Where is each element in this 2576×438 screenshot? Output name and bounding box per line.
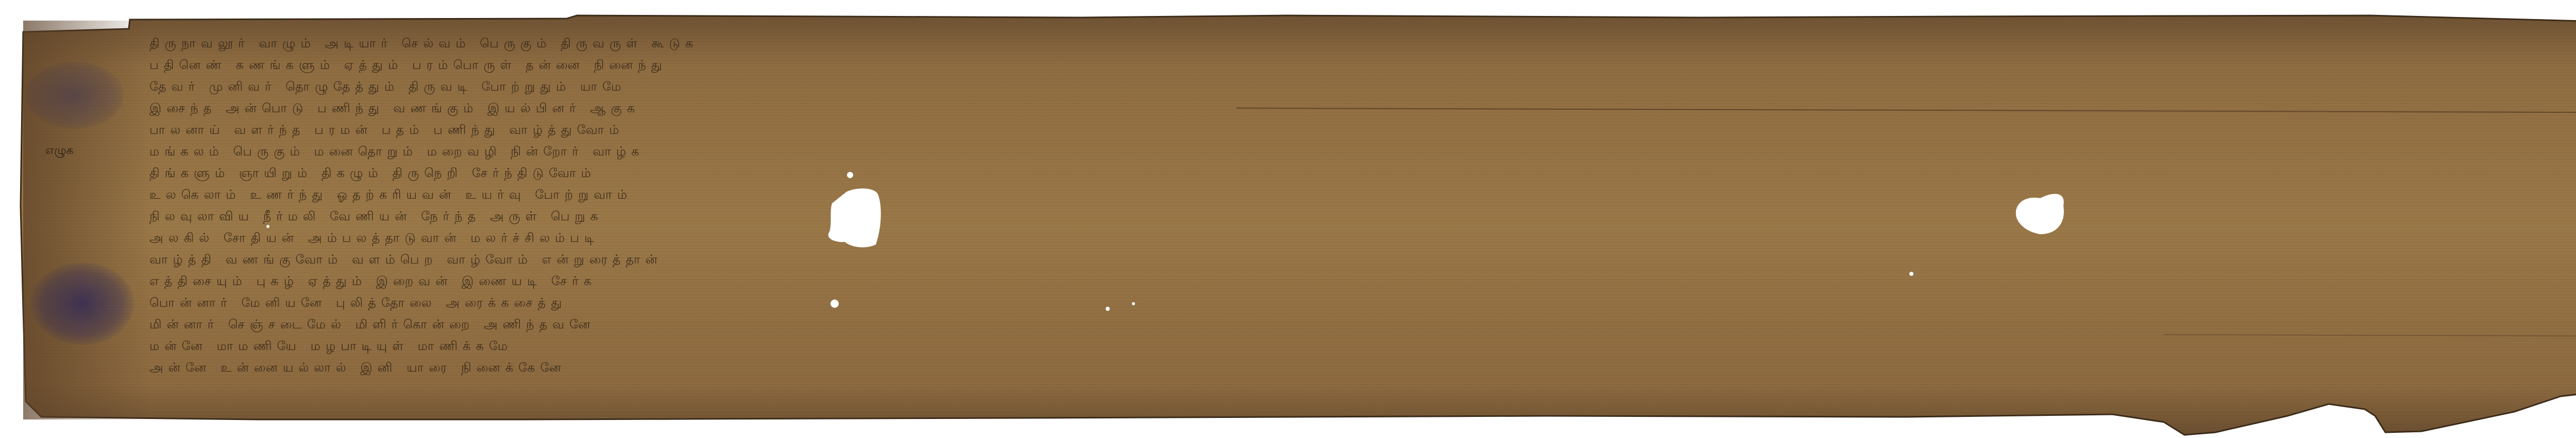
text-line: நிலவுலாவிய நீர்மலி வேணியன் நேர்ந்த அருள்… (149, 209, 603, 226)
text-line: தேவர் முனிவர் தொழுதேத்தும் திருவடி போற்ற… (149, 79, 626, 97)
text-line: வாழ்த்தி வணங்குவோம் வளம்பெற வாழ்வோம் என்… (149, 252, 663, 270)
text-line: உலகெலாம் உணர்ந்து ஓதற்கரியவன் உயர்வு போற… (149, 187, 632, 205)
text-line: பதினெண் கணங்களும் ஏத்தும் பரம்பொருள் தன்… (149, 58, 667, 75)
text-line: அன்னே உன்னையல்லால் இனி யாரை நினைக்கேனே (149, 360, 566, 378)
text-line: பாலனாய் வளர்ந்த பரமன் பதம் பணிந்து வாழ்த… (149, 122, 624, 140)
ink-folio-number-left (31, 262, 134, 345)
text-line: பொன்னார் மேனியனே புலித்தோலை அரைக்கசைத்து (149, 295, 567, 313)
manuscript-text: திருநாவலூர் வாழும் அடியார் செல்வம் பெருக… (149, 36, 2576, 396)
text-line: மின்னார் செஞ்சடைமேல் மிளிர்கொன்றை அணிந்த… (149, 317, 596, 335)
text-line: திருநாவலூர் வாழும் அடியார் செல்வம் பெருக… (149, 36, 698, 54)
text-line: அலகில் சோதியன் அம்பலத்தாடுவான் மலர்ச்சில… (149, 231, 599, 248)
text-line: மன்னே மாமணியே மழபாடியுள் மாணிக்கமே (149, 339, 513, 356)
text-line: இசைந்த அன்பொடு பணிந்து வணங்கும் இயல்பினர… (149, 101, 640, 118)
ink-stain-upper-left (26, 62, 124, 129)
text-line: எத்திசையும் புகழ் ஏத்தும் இறைவன் இணையடி … (149, 274, 597, 291)
text-line: மங்கலம் பெருகும் மனைதொறும் மறைவழி நின்றோ… (149, 144, 645, 162)
margin-note-left: எழுக (45, 144, 74, 159)
text-line: திங்களும் ஞாயிறும் திகழும் திருநெறி சேர்… (149, 166, 596, 183)
